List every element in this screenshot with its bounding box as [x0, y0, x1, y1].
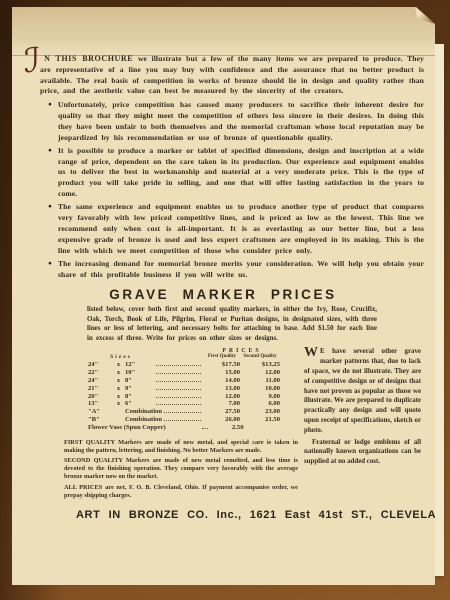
table-row: 24"x12"$17.50$13.25	[88, 361, 280, 369]
bullet-text-2: It is possible to produce a marker or ta…	[58, 146, 424, 200]
right-column: WE have several other grave marker patte…	[304, 347, 421, 502]
table-row: 22"x10"15.0012.00	[88, 369, 280, 377]
all-prices-note: ALL PRICESare net, F. O. B. Cleveland, O…	[64, 484, 298, 500]
side-paragraph-2: Fraternal or lodge emblems of all nation…	[304, 438, 421, 467]
dropcap-initial-I: ℐ	[24, 50, 40, 72]
bullet-text-1: Unfortunately, price competition has cau…	[58, 100, 424, 143]
quality-notes: FIRST QUALITYMarkers are made of new met…	[64, 439, 298, 500]
table-row: 21"x9"13.0010.00	[88, 385, 280, 393]
bullet-dot-icon: ●	[48, 100, 58, 143]
bullet-dot-icon: ●	[48, 259, 58, 281]
brochure-page: ℐN THIS BROCHURE we illustrate but a few…	[12, 7, 435, 585]
bullet-text-4: The increasing demand for memorial bronz…	[58, 259, 424, 281]
table-row: Flower Vase (Spun Copper)2.50	[88, 424, 280, 432]
dot-leader	[202, 428, 208, 429]
price-table: Sizes PRICES First Quality Second Qualit…	[88, 347, 280, 432]
company-address-footer: ART IN BRONZE CO. Inc., 1621 East 41st S…	[76, 509, 424, 521]
dot-leader	[164, 420, 201, 421]
second-quality-header: Second Quality	[240, 354, 280, 360]
intro-paragraph: ℐN THIS BROCHURE we illustrate but a few…	[40, 54, 424, 97]
bullet-item-2: ● It is possible to produce a marker or …	[48, 146, 424, 200]
dot-leader	[156, 373, 201, 374]
bullet-list: ● Unfortunately, price competition has c…	[48, 100, 424, 280]
prices-intro-paragraph: listed below, cover both first and secon…	[87, 305, 377, 343]
table-row: 20"x8"12.009.00	[88, 393, 280, 401]
sizes-column-header: Sizes	[88, 354, 154, 360]
bullet-text-3: The same experience and equipment enable…	[58, 202, 424, 256]
bullet-dot-icon: ●	[48, 146, 58, 200]
bullet-item-1: ● Unfortunately, price competition has c…	[48, 100, 424, 143]
side-paragraph-1: WE have several other grave marker patte…	[304, 347, 421, 435]
dropcap-initial-W: W	[304, 347, 318, 358]
bullet-dot-icon: ●	[48, 202, 58, 256]
price-table-header: Sizes PRICES First Quality Second Qualit…	[88, 347, 280, 360]
intro-lead-caps: N THIS BROCHURE	[44, 54, 133, 63]
bullet-item-4: ● The increasing demand for memorial bro…	[48, 259, 424, 281]
prices-header-block: PRICES First Quality Second Quality	[204, 347, 280, 360]
dot-leader	[156, 404, 201, 405]
bullet-item-3: ● The same experience and equipment enab…	[48, 202, 424, 256]
dot-leader	[156, 397, 201, 398]
dot-leader	[156, 365, 201, 366]
table-row: 24"x8"14.0011.00	[88, 377, 280, 385]
table-row: "A"Combination27.5023.00	[88, 408, 280, 416]
photo-of-brochure-page: { "colors": { "paper": "#e9dcb4", "wood_…	[0, 0, 450, 600]
table-row: "B"Combination26.0021.50	[88, 416, 280, 424]
quality-subheaders: First Quality Second Quality	[204, 354, 280, 360]
dot-leader	[156, 389, 201, 390]
two-column-section: Sizes PRICES First Quality Second Qualit…	[40, 347, 424, 502]
table-row: 13"x6"7.006.00	[88, 400, 280, 408]
dot-leader	[156, 381, 201, 382]
grave-marker-prices-heading: GRAVE MARKER PRICES	[40, 287, 406, 302]
first-quality-note: FIRST QUALITYMarkers are made of new met…	[64, 439, 298, 455]
dot-leader	[164, 412, 201, 413]
second-quality-note: SECOND QUALITYMarkers are made of new me…	[64, 457, 298, 481]
left-column: Sizes PRICES First Quality Second Qualit…	[40, 347, 292, 502]
first-quality-header: First Quality	[204, 354, 240, 360]
folded-corner	[415, 7, 435, 25]
